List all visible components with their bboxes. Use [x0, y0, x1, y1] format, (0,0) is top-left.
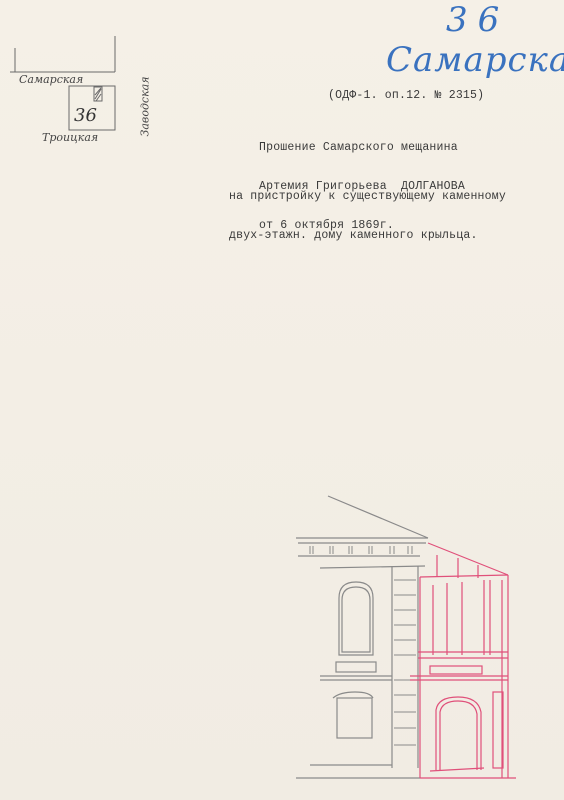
proposed-extension-red [410, 543, 516, 778]
document-page: 36 Самарская Самарская Троицкая Заводска… [0, 0, 564, 800]
existing-building-gray [296, 496, 428, 778]
facade-elevation-sketch [0, 0, 564, 800]
